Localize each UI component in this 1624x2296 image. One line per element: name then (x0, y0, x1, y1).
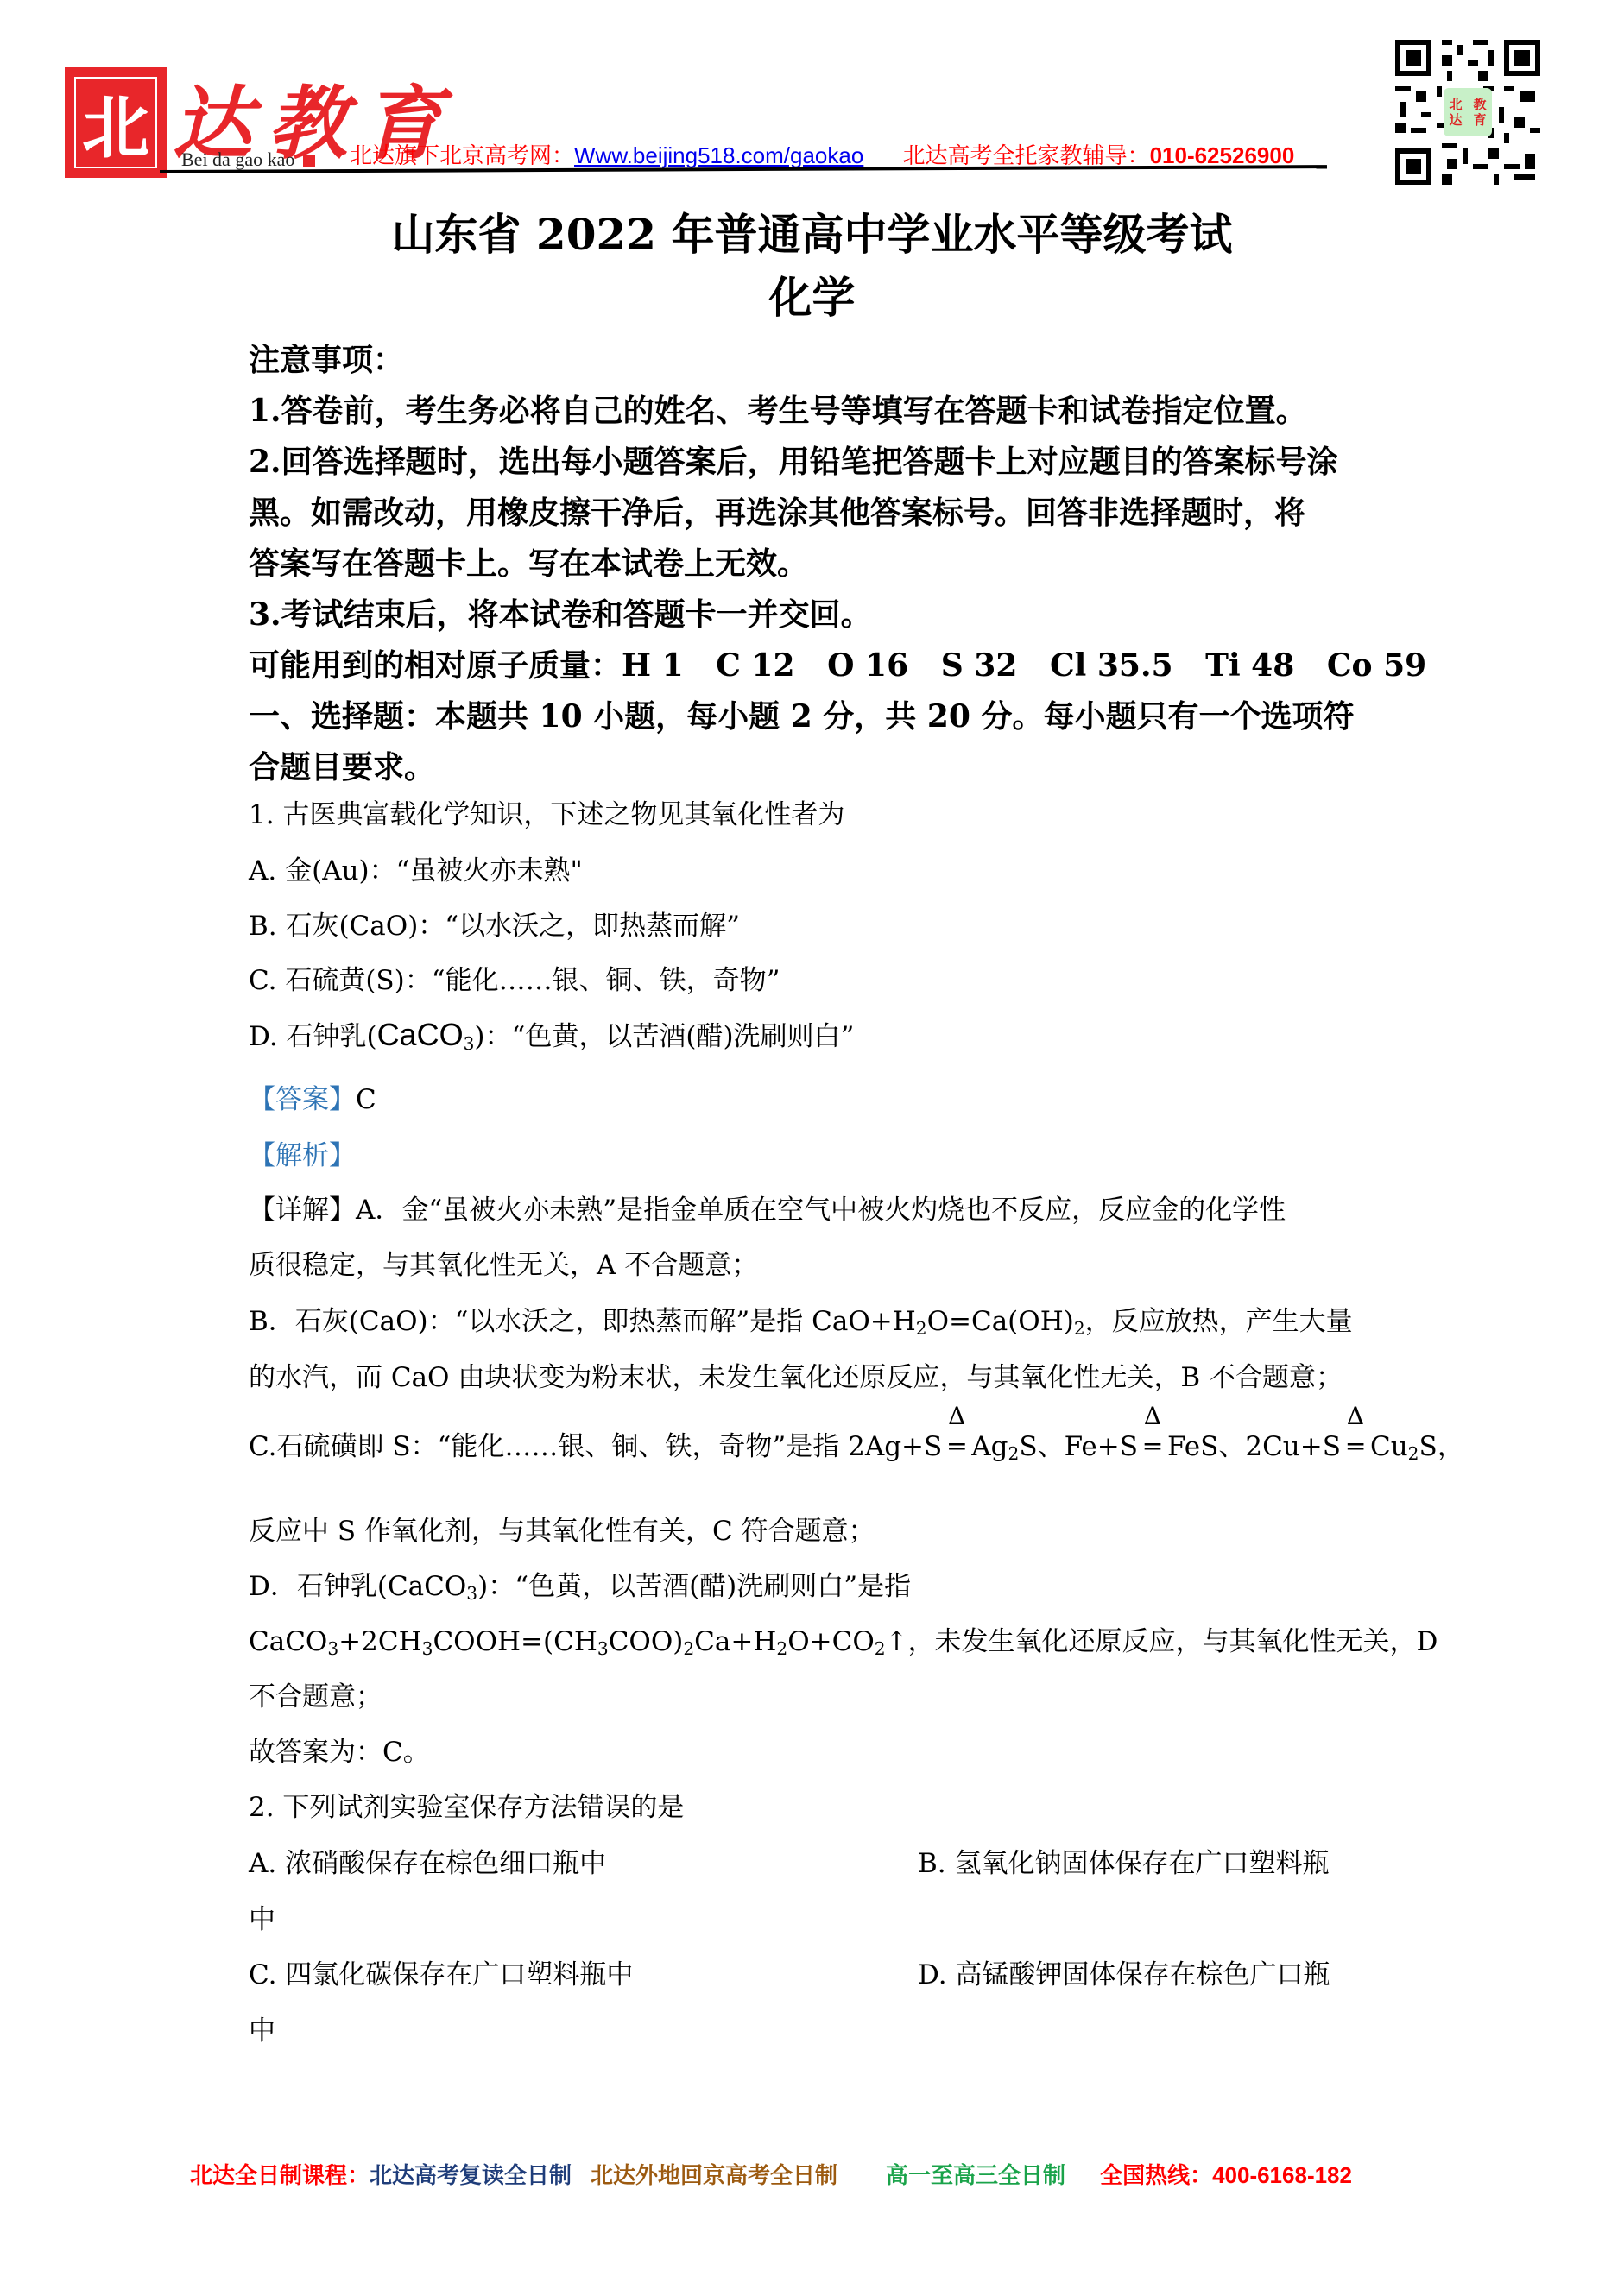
q2-option-d: D. 高锰酸钾固体保存在棕色广口瓶 (918, 1952, 1330, 1991)
tutor-label: 北达高考全托家教辅导： (903, 142, 1150, 168)
logo-subtitle: Bei da gao kao (181, 148, 315, 171)
answer-value: C (356, 1084, 376, 1115)
note-item: 2.回答选择题时，选出每小题答案后，用铅笔把答题卡上对应题目的答案标号涂 (249, 437, 1406, 488)
note-item: 1.答卷前，考生务必将自己的姓名、考生号等填写在答题卡和试卷指定位置。 (249, 386, 1406, 437)
q1-option-d: D. 石钟乳(CaCO3)：“色黄，以苦酒(醋)洗刷则白” (249, 1014, 1406, 1054)
subject-title: 化学 (0, 263, 1624, 325)
q2-option-c: C. 四氯化碳保存在广口塑料瓶中 (249, 1959, 633, 1990)
section-heading: 一、选择题：本题共 10 小题，每小题 2 分，共 20 分。每小题只有一个选项… (249, 691, 1406, 742)
logo-char: 北 (74, 77, 157, 168)
q1-option-c: C. 石硫黄(S)：“能化……银、铜、铁，奇物” (249, 958, 1406, 997)
footer-banner: 北达全日制课程：北达高考复读全日制北达外地回京高考全日制高一至高三全日制全国热线… (190, 2158, 1371, 2190)
footer-label: 北达全日制课程： (190, 2162, 370, 2188)
q2-option-a: A. 浓硝酸保存在棕色细口瓶中 (249, 1848, 606, 1879)
detail-line-equation: CaCO3+2CH3COOH=(CH3COO)2Ca+H2O+CO2↑，未发生氧… (249, 1619, 1406, 1659)
final-answer: 故答案为：C。 (249, 1730, 1406, 1769)
notes-heading: 注意事项： (249, 335, 1406, 386)
q2-option-b-wrap: 中 (249, 1897, 1406, 1936)
detail-line: 【详解】A．金“虽被火亦未熟”是指金单质在空气中被火灼烧也不反应，反应金的化学性 (249, 1188, 1406, 1227)
analysis-label: 【解析】 (249, 1133, 1406, 1172)
heat-equals-icon: Δ═ (942, 1431, 971, 1462)
q1-option-b: B. 石灰(CaO)：“以水沃之，即热蒸而解” (249, 904, 1406, 943)
detail-line: B．石灰(CaO)：“以水沃之，即热蒸而解”是指 CaO+H2O=Ca(OH)2… (249, 1299, 1406, 1339)
q1-option-a: A. 金(Au)：“虽被火亦未熟" (249, 848, 1406, 887)
q2-options-row1: A. 浓硝酸保存在棕色细口瓶中 B. 氢氧化钠固体保存在广口塑料瓶 (249, 1841, 1406, 1880)
footer-course-3: 高一至高三全日制 (886, 2162, 1065, 2188)
q2-option-b: B. 氢氧化钠固体保存在广口塑料瓶 (918, 1841, 1330, 1880)
note-item: 答案写在答题卡上。写在本试卷上无效。 (249, 539, 1406, 590)
footer-hotline: 全国热线：400-6168-182 (1100, 2162, 1352, 2188)
red-square-icon (303, 155, 315, 167)
footer-course-2: 北达外地回京高考全日制 (591, 2162, 837, 2188)
heat-equals-icon: Δ═ (1341, 1431, 1370, 1462)
detail-line: 的水汽，而 CaO 由块状变为粉末状，未发生氧化还原反应，与其氧化性无关，B 不… (249, 1355, 1406, 1394)
detail-line: 质很稳定，与其氧化性无关，A 不合题意； (249, 1243, 1406, 1282)
qr-code: 北达教育 (1390, 35, 1545, 190)
qr-center-badge: 北达教育 (1444, 88, 1492, 136)
q2-options-row2: C. 四氯化碳保存在广口塑料瓶中 D. 高锰酸钾固体保存在棕色广口瓶 (249, 1952, 1406, 1991)
exam-notes: 注意事项： 1.答卷前，考生务必将自己的姓名、考生号等填写在答题卡和试卷指定位置… (249, 335, 1406, 793)
heat-equals-icon: Δ═ (1138, 1431, 1167, 1462)
answer-label: 【答案】 (249, 1084, 356, 1115)
detail-line: 反应中 S 作氧化剂，与其氧化性有关，C 符合题意； (249, 1509, 1406, 1548)
page-title: 山东省 2022 年普通高中学业水平等级考试 (0, 200, 1624, 262)
note-item: 黑。如需改动，用橡皮擦干净后，再选涂其他答案标号。回答非选择题时，将 (249, 488, 1406, 539)
detail-line-equations: C.石硫磺即 S：“能化……银、铜、铁，奇物”是指 2Ag+SΔ═Ag2S、Fe… (249, 1424, 1406, 1464)
footer-course-1: 北达高考复读全日制 (370, 2162, 572, 2188)
atomic-masses: 可能用到的相对原子质量：H 1 C 12 O 16 S 32 Cl 35.5 T… (249, 640, 1406, 691)
detail-line: D．石钟乳(CaCO3)：“色黄，以苦酒(醋)洗刷则白”是指 (249, 1564, 1406, 1604)
q2-option-d-wrap: 中 (249, 2009, 1406, 2047)
site-label: 北达旗下北京高考网： (350, 142, 574, 168)
detail-line: 不合题意； (249, 1675, 1406, 1713)
note-item: 3.考试结束后，将本试卷和答题卡一并交回。 (249, 590, 1406, 640)
answer-line: 【答案】C (249, 1077, 1406, 1116)
logo-mark: 北 (65, 67, 167, 178)
site-url-link[interactable]: Www.beijing518.com/gaokao (574, 142, 863, 168)
q1-stem: 1. 古医典富载化学知识，下述之物见其氧化性者为 (249, 792, 1406, 831)
q2-stem: 2. 下列试剂实验室保存方法错误的是 (249, 1785, 1406, 1824)
section-heading-cont: 合题目要求。 (249, 742, 1406, 793)
